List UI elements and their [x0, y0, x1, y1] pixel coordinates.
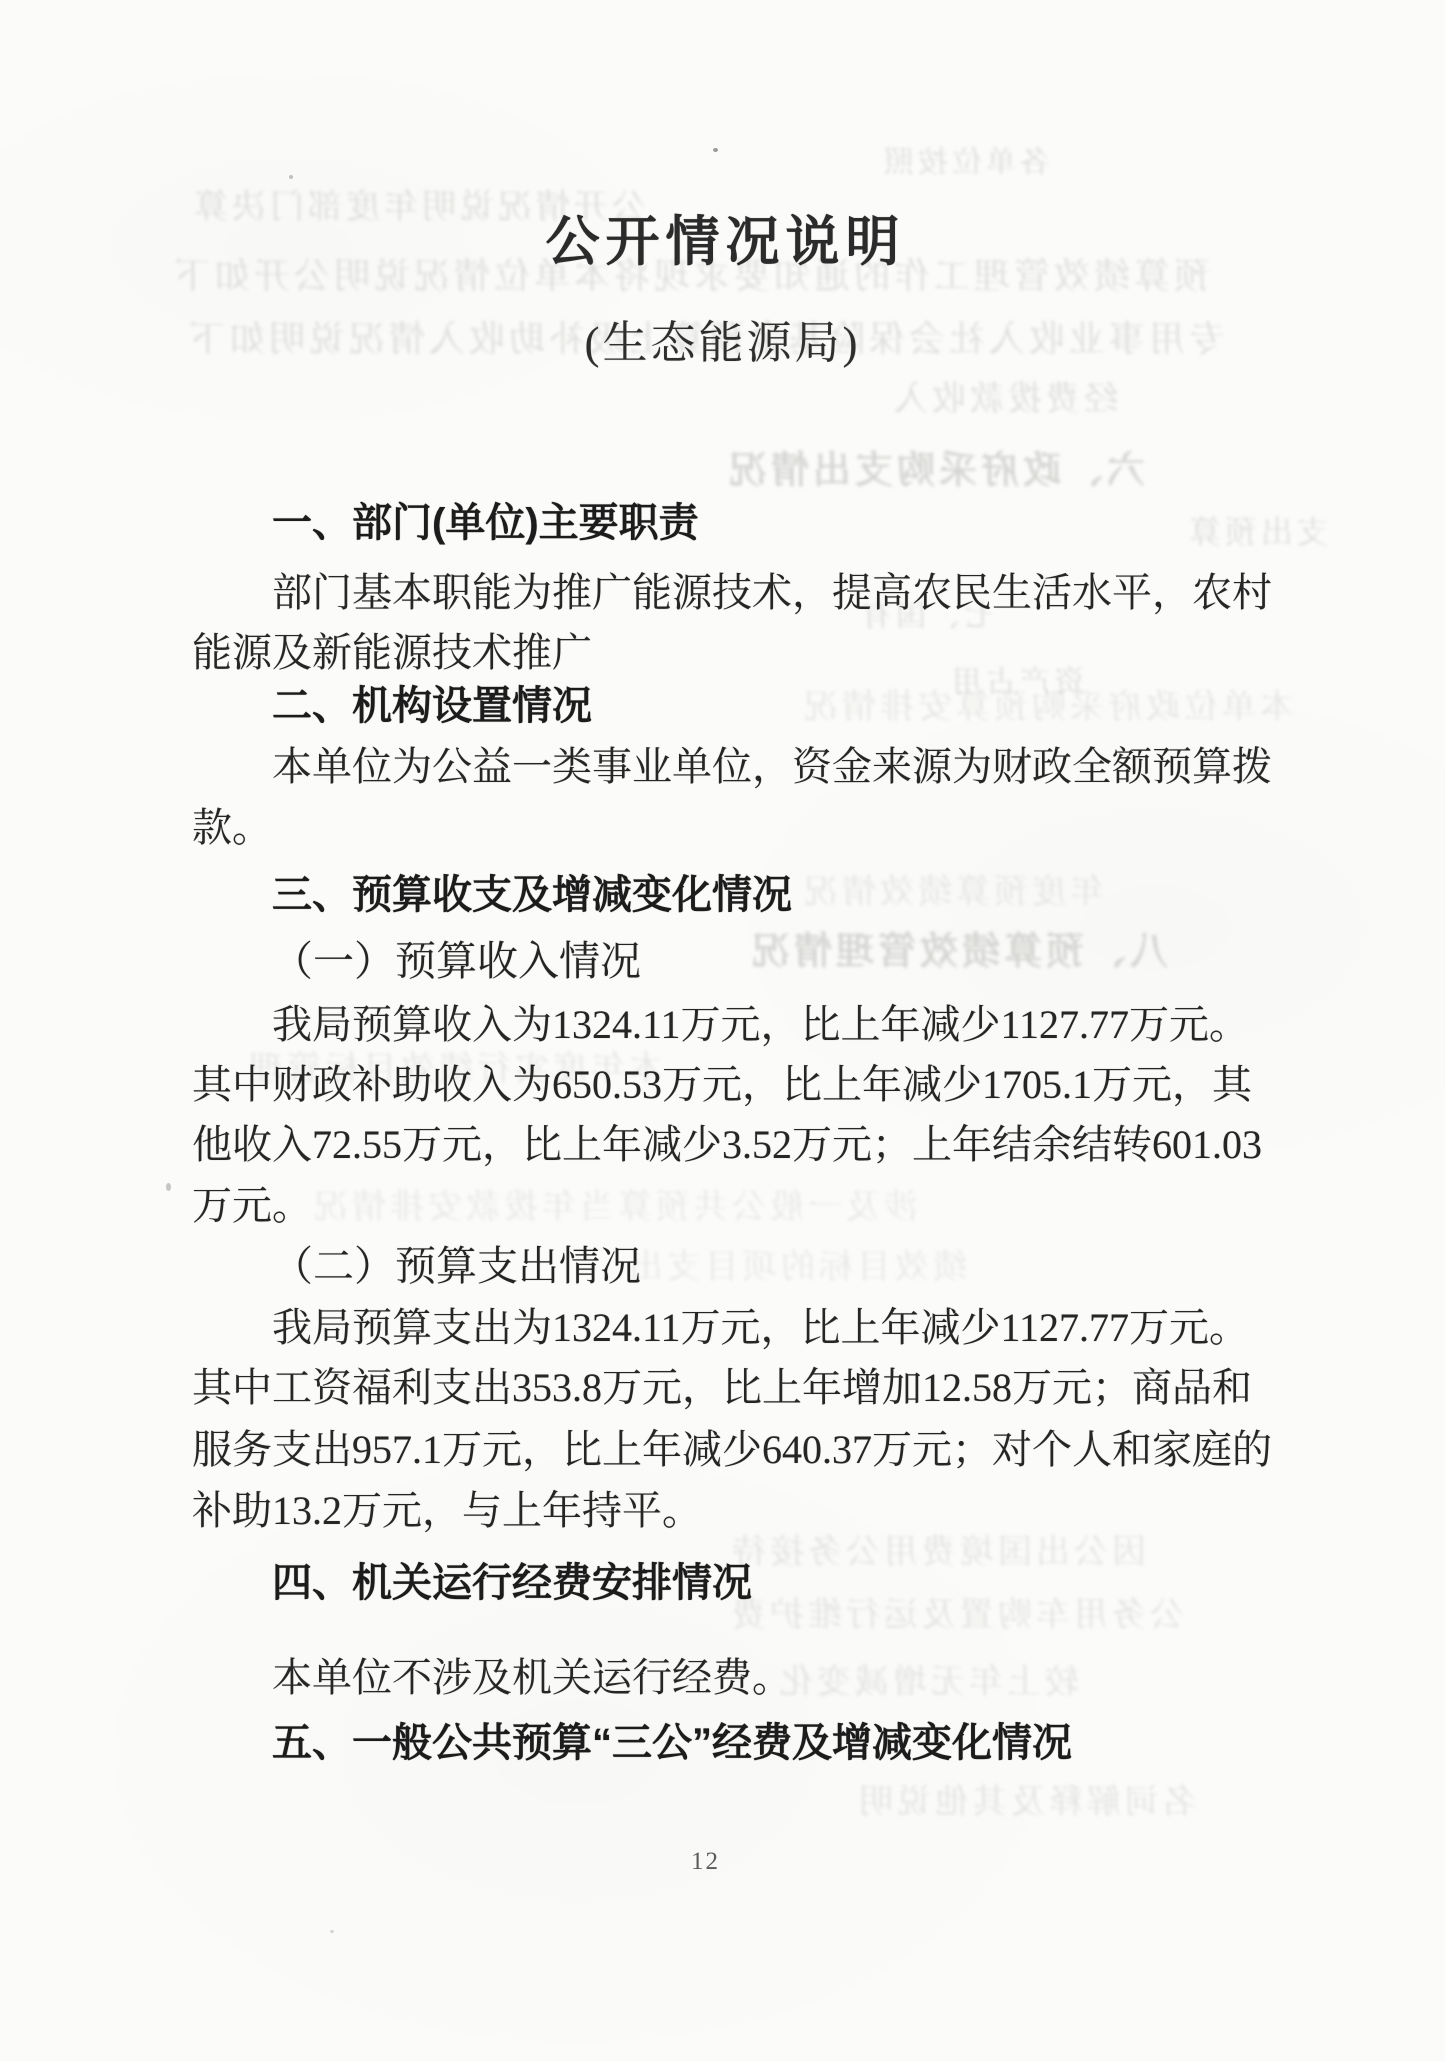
bleedthrough-text: 六、政府采购支出情况 — [725, 452, 1145, 490]
paragraph-line: 补助13.2万元，与上年持平。 — [192, 1491, 702, 1531]
bleedthrough-text: 公务用车购置及运行维护费 — [728, 1599, 1184, 1633]
paragraph-line: 万元。 — [192, 1186, 312, 1226]
subsection-heading-income: （一）预算收入情况 — [272, 941, 641, 982]
section-heading-1: 一、部门(单位)主要职责 — [272, 503, 699, 543]
scan-speck — [289, 175, 293, 179]
bleedthrough-text: 因公出国境费用公务接待 — [728, 1536, 1146, 1570]
paragraph-line: 我局预算支出为1324.11万元，比上年减少1127.77万元。 — [192, 1308, 1249, 1348]
page-subtitle: (生态能源局) — [0, 321, 1445, 366]
bleedthrough-text: 经费拨款收入 — [890, 383, 1118, 417]
bleedthrough-text: 本单位政府采购预算安排情况 — [800, 691, 1294, 725]
bleedthrough-text: 年度预算绩效情况 — [800, 876, 1104, 910]
bleedthrough-text: 支出预算 — [1185, 516, 1329, 548]
bleedthrough-text: 涉及一般公共预算当年拨款安排情况 — [310, 1191, 918, 1225]
paragraph-line: 部门基本职能为推广能源技术，提高农民生活水平，农村 — [192, 573, 1272, 613]
bleedthrough-text: 资产占用 — [948, 668, 1084, 698]
bleedthrough-text: 绩效目标的项目支出 — [625, 1251, 967, 1285]
subsection-heading-expenditure: （二）预算支出情况 — [272, 1246, 641, 1287]
document-page: 公开情况说明年度部门决算 各单位按照 预算绩效管理工作的通知要求现将本单位情况说… — [0, 0, 1445, 2061]
paragraph-line: 我局预算收入为1324.11万元，比上年减少1127.77万元。 — [192, 1005, 1249, 1045]
bleedthrough-text: 各单位按照 — [880, 148, 1050, 178]
scan-speck — [330, 1930, 334, 1933]
paragraph-line: 服务支出957.1万元，比上年减少640.37万元；对个人和家庭的 — [192, 1430, 1272, 1470]
paragraph-line: 本单位不涉及机关运行经费。 — [192, 1658, 792, 1698]
bleedthrough-text: 名词解释及其他说明 — [855, 1786, 1197, 1820]
bleedthrough-text: 八、预算绩效管理情况 — [748, 933, 1168, 971]
section-heading-4: 四、机关运行经费安排情况 — [272, 1563, 752, 1603]
section-heading-3: 三、预算收支及增减变化情况 — [272, 875, 792, 915]
bleedthrough-text: 较上年无增减变化 — [775, 1666, 1079, 1700]
page-number: 12 — [0, 1849, 1428, 1874]
paragraph-line: 其中财政补助收入为650.53万元，比上年减少1705.1万元，其 — [192, 1065, 1252, 1105]
section-heading-2: 二、机构设置情况 — [272, 686, 592, 726]
scan-speck — [166, 1183, 171, 1191]
paragraph-line: 能源及新能源技术推广 — [192, 633, 592, 673]
paragraph-line: 他收入72.55万元，比上年减少3.52万元；上年结余结转601.03 — [192, 1125, 1262, 1165]
page-title: 公开情况说明 — [0, 215, 1445, 269]
paragraph-line: 其中工资福利支出353.8万元，比上年增加12.58万元；商品和 — [192, 1368, 1252, 1408]
section-heading-5: 五、一般公共预算“三公”经费及增减变化情况 — [272, 1723, 1072, 1763]
scan-speck — [713, 148, 718, 152]
paragraph-line: 本单位为公益一类事业单位，资金来源为财政全额预算拨 — [192, 747, 1272, 787]
paragraph-line: 款。 — [192, 808, 272, 848]
